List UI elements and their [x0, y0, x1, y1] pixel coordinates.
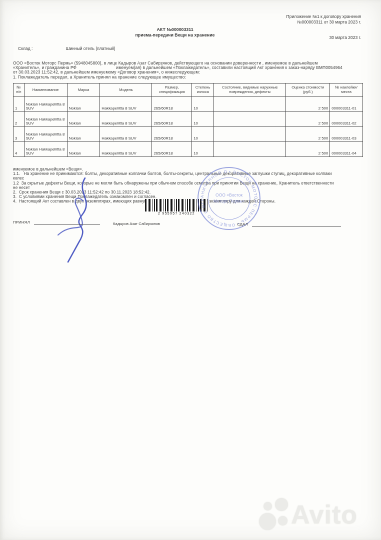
cell-condition	[214, 112, 286, 127]
table-row: 3 Nokian Hakkapeliitta 8 SUV Nokian Hakk…	[13, 127, 363, 142]
cell-size: 265/60R18	[152, 97, 192, 112]
cell-condition	[214, 142, 286, 157]
cell-sticker: 000003311-02	[330, 112, 363, 127]
cell-value: 2 500	[286, 142, 330, 157]
cell-condition	[214, 127, 286, 142]
column-header: Размер, спецификация	[152, 83, 192, 97]
cell-sticker: 000003311-01	[330, 97, 363, 112]
act-subtitle: приема-передачи Вещи на хранение	[0, 33, 350, 39]
cell-brand: Nokian	[67, 142, 100, 157]
given-signature-line	[252, 222, 341, 227]
table-header-row: № п/п Наименование Марка Модель Размер, …	[13, 83, 363, 97]
cell-wear: 10	[192, 142, 214, 157]
column-header: Марка	[67, 83, 100, 97]
cell-value: 2 500	[286, 97, 330, 112]
given-label: СДАЛ	[237, 222, 248, 227]
column-header: № наклейки/места	[330, 83, 363, 97]
cell-model: Hakkapeliitta 8 SUV	[100, 112, 152, 127]
cell-condition	[214, 97, 286, 112]
cell-model: Hakkapeliitta 8 SUV	[100, 127, 152, 142]
column-header: Состояние, видимые наружные повреждения,…	[214, 83, 286, 97]
cell-value: 2 500	[286, 112, 330, 127]
items-table: № п/п Наименование Марка Модель Размер, …	[13, 83, 363, 157]
avito-logo-circle	[259, 513, 276, 530]
cell-size: 265/60R18	[152, 112, 192, 127]
cell-num: 1	[13, 97, 24, 112]
cell-sticker: 000003311-04	[330, 142, 363, 157]
cell-brand: Nokian	[67, 97, 100, 112]
column-header: Степень износа	[192, 83, 214, 97]
cell-wear: 10	[192, 112, 214, 127]
warehouse-value: Шинный отель (платный)	[66, 46, 115, 51]
preamble-line: 1. Поклажедатель передал, а Хранитель пр…	[13, 75, 366, 80]
cell-num: 3	[13, 127, 24, 142]
cell-brand: Nokian	[67, 112, 100, 127]
appendix-note: Приложение №1 к договору хранения №00000…	[286, 14, 361, 25]
column-header: Наименование	[24, 83, 67, 97]
avito-logo-circle	[278, 516, 288, 526]
document-photo: Приложение №1 к договору хранения №00000…	[0, 0, 381, 540]
cell-model: Hakkapeliitta 8 SUV	[100, 142, 152, 157]
cell-num: 2	[13, 112, 24, 127]
stamp-center-line2: Моторс Пермь»	[213, 199, 245, 204]
stamp-center-line1: ООО «Восток	[216, 193, 243, 198]
table-row: 1 Nokian Hakkapeliitta 8 SUV Nokian Hakk…	[13, 97, 363, 112]
preamble: ООО «Восток Моторс Пермь» (5948045800), …	[13, 61, 366, 79]
cell-value: 2 500	[286, 127, 330, 142]
warehouse-label: Склад :	[18, 46, 33, 51]
given-row: СДАЛ	[237, 222, 341, 227]
storage-act-document: Приложение №1 к договору хранения №00000…	[0, 0, 381, 540]
received-label: ПРИНЯЛ	[13, 220, 30, 225]
cell-model: Hakkapeliitta 8 SUV	[100, 97, 152, 112]
avito-watermark: Avito	[259, 496, 379, 538]
cell-brand: Nokian	[67, 127, 100, 142]
cell-wear: 10	[192, 97, 214, 112]
avito-logo-circle	[275, 498, 288, 511]
appendix-line2: №000003311 от 30 марта 2023 г.	[286, 20, 361, 26]
act-title-block: АКТ №000003311 приема-передачи Вещи на х…	[0, 27, 350, 38]
column-header: № п/п	[13, 83, 24, 97]
cell-wear: 10	[192, 127, 214, 142]
received-signature-line	[34, 220, 100, 225]
warehouse-row: Склад : Шинный отель (платный)	[18, 46, 115, 51]
column-header: Оценка стоимости (руб.)	[286, 83, 330, 97]
cell-size: 265/60R18	[152, 127, 192, 142]
column-header: Модель	[100, 83, 152, 97]
avito-logo-circle	[264, 502, 273, 511]
cell-name: Nokian Hakkapeliitta 8 SUV	[24, 112, 67, 127]
cell-sticker: 000003311-03	[330, 127, 363, 142]
avito-watermark-text: Avito	[291, 500, 358, 530]
received-row: ПРИНЯЛ	[13, 220, 100, 225]
cell-name: Nokian Hakkapeliitta 8 SUV	[24, 142, 67, 157]
keeper-name: Кадыров Азат Сабирзянов	[113, 222, 160, 227]
table-row: 4 Nokian Hakkapeliitta 8 SUV Nokian Hakk…	[13, 142, 363, 157]
cell-name: Nokian Hakkapeliitta 8 SUV	[24, 127, 67, 142]
cell-name: Nokian Hakkapeliitta 8 SUV	[24, 97, 67, 112]
table-row: 2 Nokian Hakkapeliitta 8 SUV Nokian Hakk…	[13, 112, 363, 127]
cell-num: 4	[13, 142, 24, 157]
cell-size: 265/60R18	[152, 142, 192, 157]
